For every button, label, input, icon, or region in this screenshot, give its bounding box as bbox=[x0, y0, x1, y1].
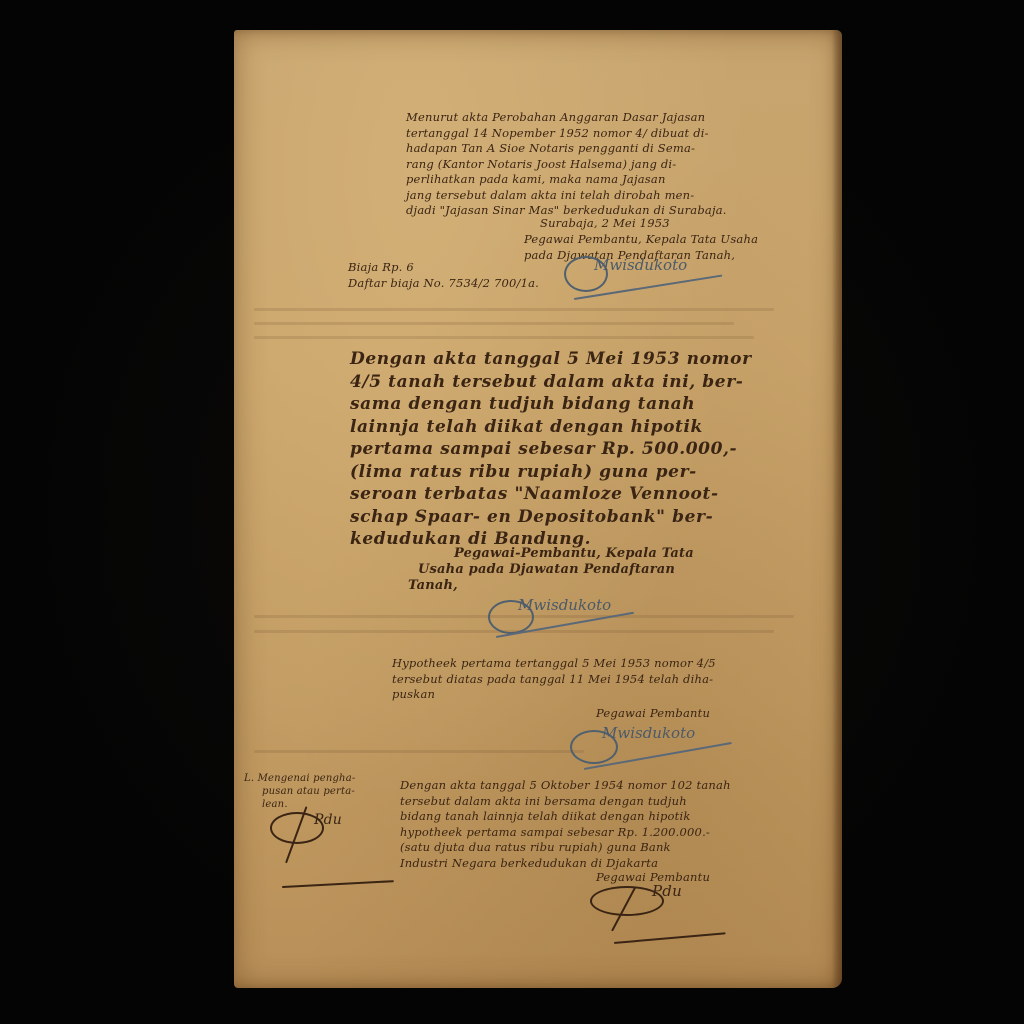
section3-paragraph: Hypotheek pertama tertanggal 5 Mei 1953 … bbox=[392, 656, 716, 703]
margin-note-signature: Pdu bbox=[314, 812, 342, 828]
faded-text-line bbox=[254, 308, 774, 311]
section2-paragraph: Dengan akta tanggal 5 Mei 1953 nomor 4/5… bbox=[350, 348, 752, 551]
text-line: Menurut akta Perobahan Anggaran Dasar Ja… bbox=[406, 110, 727, 126]
text-line: Hypotheek pertama tertanggal 5 Mei 1953 … bbox=[392, 656, 716, 672]
section3-signature: Mwisdukoto bbox=[602, 724, 695, 742]
text-line: hypotheek pertama sampai sebesar Rp. 1.2… bbox=[400, 825, 731, 841]
photo-background: Menurut akta Perobahan Anggaran Dasar Ja… bbox=[0, 0, 1024, 1024]
text-line: tersebut dalam akta ini bersama dengan t… bbox=[400, 794, 731, 810]
text-line: seroan terbatas "Naamloze Vennoot- bbox=[350, 483, 752, 506]
faded-text-line bbox=[254, 336, 754, 339]
text-line: pusan atau perta- bbox=[244, 785, 355, 798]
text-line: bidang tanah lainnja telah diikat dengan… bbox=[400, 809, 731, 825]
text-line: (satu djuta dua ratus ribu rupiah) guna … bbox=[400, 840, 731, 856]
section2-signature: Mwisdukoto bbox=[518, 596, 611, 614]
text-line: tersebut diatas pada tanggal 11 Mei 1954… bbox=[392, 672, 716, 688]
text-line: puskan bbox=[392, 687, 716, 703]
text-line: lean. bbox=[244, 798, 355, 811]
text-line: Tanah, bbox=[408, 578, 694, 594]
text-line: lainnja telah diikat dengan hipotik bbox=[350, 416, 752, 439]
text-line: tertanggal 14 Nopember 1952 nomor 4/ dib… bbox=[406, 126, 727, 142]
text-line: schap Spaar- en Depositobank" ber- bbox=[350, 506, 752, 529]
section3-official-title: Pegawai Pembantu bbox=[596, 706, 710, 722]
text-line: jang tersebut dalam akta ini telah dirob… bbox=[406, 188, 727, 204]
text-line: 4/5 tanah tersebut dalam akta ini, ber- bbox=[350, 371, 752, 394]
document-page: Menurut akta Perobahan Anggaran Dasar Ja… bbox=[234, 30, 842, 988]
text-line: Industri Negara berkedudukan di Djakarta bbox=[400, 856, 731, 872]
section1-paragraph: Menurut akta Perobahan Anggaran Dasar Ja… bbox=[406, 110, 727, 219]
text-line: hadapan Tan A Sioe Notaris pengganti di … bbox=[406, 141, 727, 157]
signature-underline bbox=[282, 880, 394, 888]
section1-place-date: Surabaja, 2 Mei 1953 bbox=[540, 216, 670, 232]
text-line: Pegawai-Pembantu, Kepala Tata bbox=[418, 546, 694, 562]
section1-fee-note: Biaja Rp. 6 Daftar biaja No. 7534/2 700/… bbox=[348, 260, 539, 291]
text-line: sama dengan tudjuh bidang tanah bbox=[350, 393, 752, 416]
signature-underline bbox=[614, 932, 726, 944]
text-line: rang (Kantor Notaris Joost Halsema) jang… bbox=[406, 157, 727, 173]
margin-note: L. Mengenai pengha- pusan atau perta- le… bbox=[244, 772, 355, 811]
text-line: perlihatkan pada kami, maka nama Jajasan bbox=[406, 172, 727, 188]
section2-official-title: Pegawai-Pembantu, Kepala Tata Usaha pada… bbox=[418, 546, 694, 594]
text-line: Dengan akta tanggal 5 Oktober 1954 nomor… bbox=[400, 778, 731, 794]
text-line: pertama sampai sebesar Rp. 500.000,- bbox=[350, 438, 752, 461]
text-line: Usaha pada Djawatan Pendaftaran bbox=[418, 562, 694, 578]
text-line: Pegawai Pembantu, Kepala Tata Usaha bbox=[524, 232, 758, 248]
text-line: Dengan akta tanggal 5 Mei 1953 nomor bbox=[350, 348, 752, 371]
section4-signature: Pdu bbox=[652, 882, 682, 900]
text-line: (lima ratus ribu rupiah) guna per- bbox=[350, 461, 752, 484]
faded-text-line bbox=[254, 750, 584, 753]
text-line: Biaja Rp. 6 bbox=[348, 260, 539, 276]
text-line: L. Mengenai pengha- bbox=[244, 772, 355, 785]
faded-text-line bbox=[254, 322, 734, 325]
section4-paragraph: Dengan akta tanggal 5 Oktober 1954 nomor… bbox=[400, 778, 731, 871]
text-line: Daftar biaja No. 7534/2 700/1a. bbox=[348, 276, 539, 292]
section1-signature: Mwisdukoto bbox=[594, 256, 687, 274]
